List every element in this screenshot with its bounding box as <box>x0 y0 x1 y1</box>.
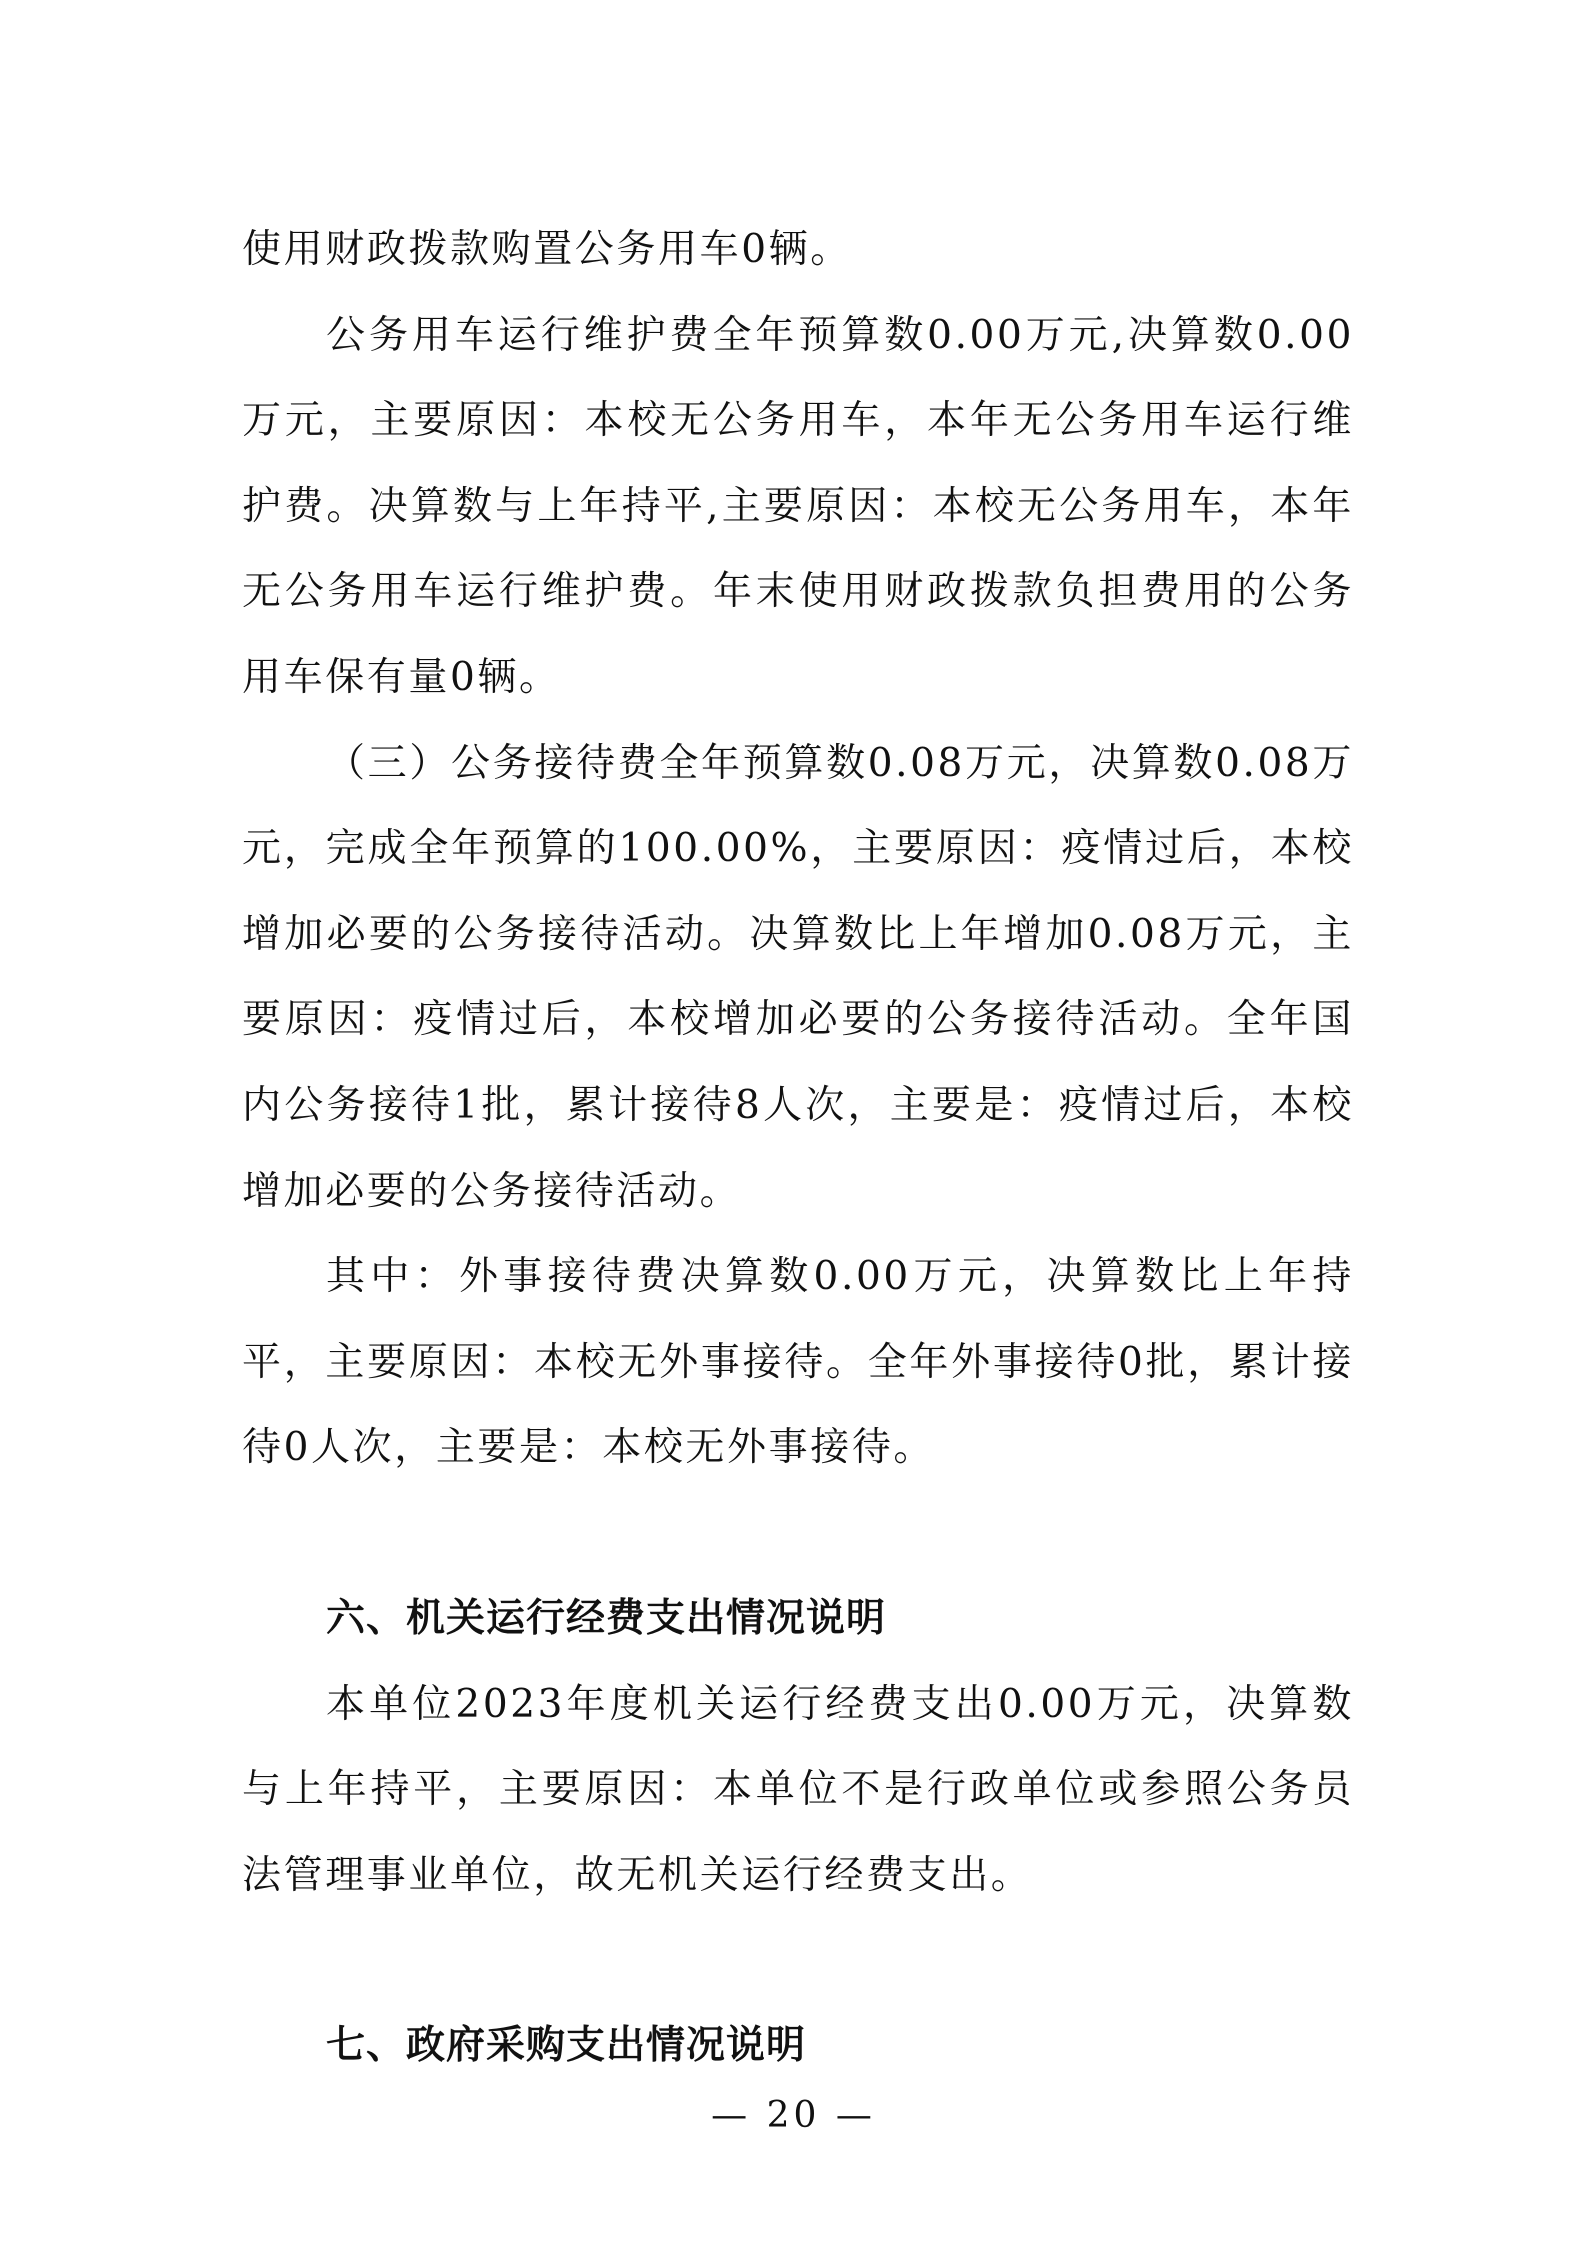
paragraph-operating-expenses: 本单位2023年度机关运行经费支出0.00万元，决算数与上年持平，主要原因：本单… <box>242 1662 1354 1919</box>
page-content: 使用财政拨款购置公务用车0辆。 公务用车运行维护费全年预算数0.00万元,决算数… <box>242 207 1354 2089</box>
section-spacer <box>242 1491 1354 1576</box>
section-heading-operating-expenses: 六、机关运行经费支出情况说明 <box>242 1576 1354 1662</box>
document-page: 使用财政拨款购置公务用车0辆。 公务用车运行维护费全年预算数0.00万元,决算数… <box>0 0 1587 2245</box>
paragraph-vehicle-maintenance: 公务用车运行维护费全年预算数0.00万元,决算数0.00万元，主要原因：本校无公… <box>242 293 1354 721</box>
paragraph-official-reception: （三）公务接待费全年预算数0.08万元，决算数0.08万元，完成全年预算的100… <box>242 721 1354 1235</box>
section-spacer <box>242 1918 1354 2003</box>
paragraph-vehicle-purchase: 使用财政拨款购置公务用车0辆。 <box>242 207 1354 293</box>
paragraph-foreign-reception: 其中：外事接待费决算数0.00万元，决算数比上年持平，主要原因：本校无外事接待。… <box>242 1234 1354 1491</box>
page-number: — 20 — <box>0 2095 1587 2136</box>
section-heading-government-procurement: 七、政府采购支出情况说明 <box>242 2003 1354 2089</box>
